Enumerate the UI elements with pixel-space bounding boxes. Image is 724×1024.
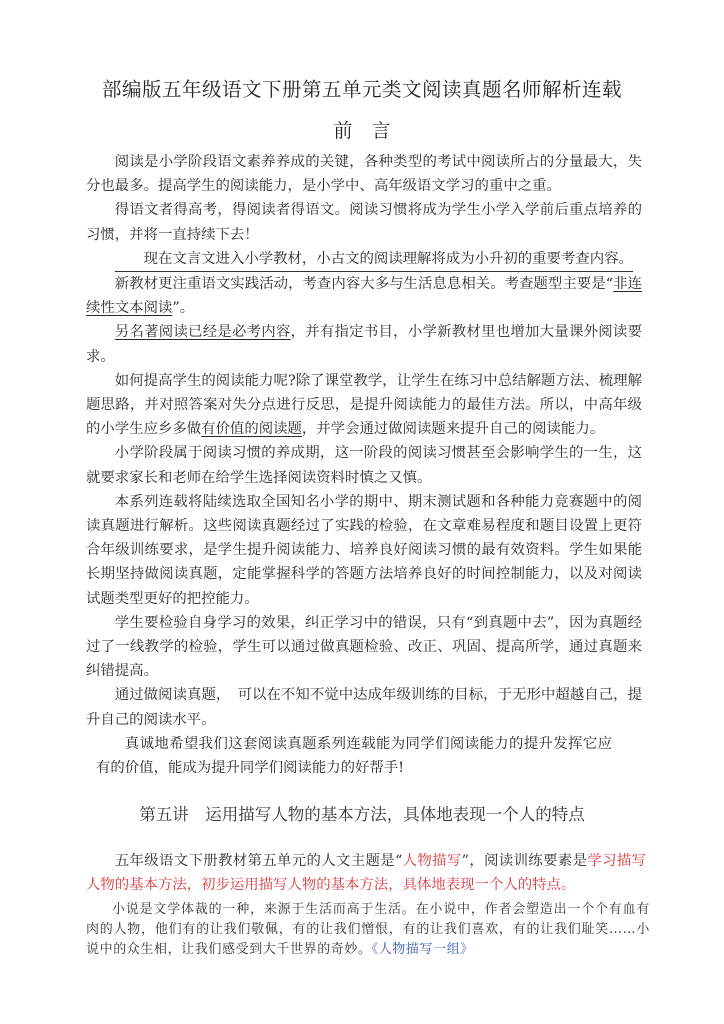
underlined-text: 有价值的阅读题 <box>201 421 302 437</box>
preface-paragraph-5: 另名著阅读已经是必考内容，并有指定书目，小学新教材里也增加大量课外阅读要求。 <box>86 320 642 368</box>
lecture-title: 第五讲 运用描写人物的基本方法，具体地表现一个人的特点 <box>0 801 724 825</box>
preface-paragraph-8: 本系列连载将陆续选取全国知名小学的期中、期末测试题和各种能力竞赛题中的阅读真题进… <box>86 490 642 611</box>
preface-heading: 前 言 <box>0 116 724 143</box>
novel-text: 小说是文学体裁的一种，来源于生活而高于生活。在小说中，作者会塑造出一个个有血有肉… <box>86 902 650 957</box>
paragraph-text: ，并学会通过做阅读题来提升自己的阅读能力。 <box>302 421 604 437</box>
novel-paragraph: 小说是文学体裁的一种，来源于生活而高于生活。在小说中，作者会塑造出一个个有血有肉… <box>86 900 650 960</box>
preface-paragraph-3: 现在文言文进入小学教材，小古文的阅读理解将成为小升初的重要考查内容。 <box>86 247 642 272</box>
paragraph-text: ”。 <box>172 300 194 316</box>
preface-body: 阅读是小学阶段语文素养养成的关键，各种类型的考试中阅读所占的分量最大，失分也最多… <box>86 150 642 780</box>
intro-text: ”，阅读训练要素是 <box>462 853 588 869</box>
underlined-text: 另名著阅读已经是必考内容 <box>115 324 291 340</box>
document-title: 部编版五年级语文下册第五单元类文阅读真题名师解析连载 <box>0 74 724 102</box>
preface-paragraph-4: 新教材更注重语文实践活动，考查内容大多与生活息息相关。考查题型主要是“非连续性文… <box>86 272 642 320</box>
preface-paragraph-1: 阅读是小学阶段语文素养养成的关键，各种类型的考试中阅读所占的分量最大，失分也最多… <box>86 150 642 198</box>
preface-paragraph-7: 小学阶段属于阅读习惯的养成期，这一阶段的阅读习惯甚至会影响学生的一生，这就要求家… <box>86 441 642 489</box>
underlined-text: 现在文言文进入小学教材，小古文的阅读理解将成为小升初的重要考查内容。 <box>115 247 633 272</box>
intro-paragraph: 五年级语文下册教材第五单元的人文主题是“人物描写”，阅读训练要素是学习描写人物的… <box>86 849 646 897</box>
preface-paragraph-9: 学生要检验自身学习的效果，纠正学习中的错误，只有“到真题中去”，因为真题经过了一… <box>86 611 642 684</box>
reading-title-link[interactable]: 《人物描写一组》 <box>372 942 474 957</box>
preface-paragraph-6: 如何提高学生的阅读能力呢?除了课堂教学，让学生在练习中总结解题方法、梳理解题思路… <box>86 369 642 442</box>
intro-text: 五年级语文下册教材第五单元的人文主题是“ <box>115 853 403 869</box>
preface-paragraph-11: 真诚地希望我们这套阅读真题系列连载能为同学们阅读能力的提升发挥它应有的价值，能成… <box>96 732 642 780</box>
paragraph-text: 新教材更注重语文实践活动，考查内容大多与生活息息相关。考查题型主要是“ <box>115 276 613 292</box>
theme-highlight: 人物描写 <box>402 853 461 869</box>
preface-paragraph-10: 通过做阅读真题， 可以在不知不觉中达成年级训练的目标，于无形中超越自己，提升自己… <box>86 683 642 731</box>
unit-intro: 五年级语文下册教材第五单元的人文主题是“人物描写”，阅读训练要素是学习描写人物的… <box>86 849 646 897</box>
novel-intro: 小说是文学体裁的一种，来源于生活而高于生活。在小说中，作者会塑造出一个个有血有肉… <box>86 900 650 960</box>
preface-paragraph-2: 得语文者得高考，得阅读者得语文。阅读习惯将成为学生小学入学前后重点培养的习惯，并… <box>86 198 642 246</box>
